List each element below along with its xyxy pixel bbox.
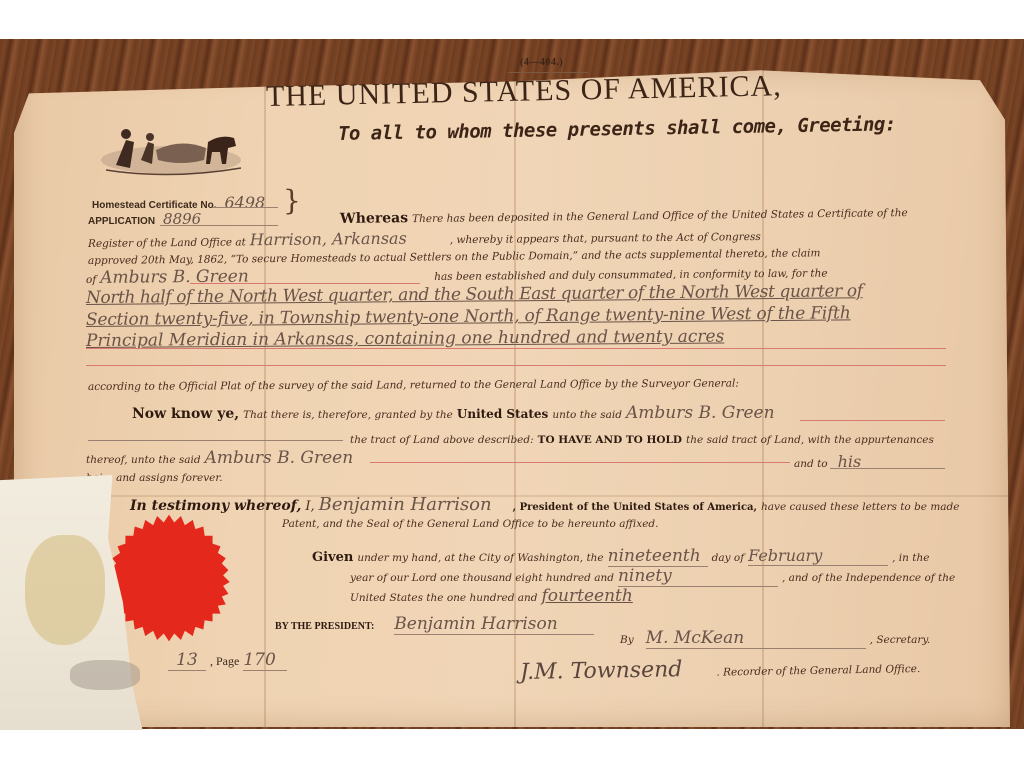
rule — [88, 440, 343, 441]
farm-scene-engraving-icon — [96, 120, 246, 180]
testimony-i: I, — [305, 499, 314, 514]
rule — [830, 468, 945, 469]
image-border-bottom — [0, 729, 1024, 768]
brace-symbol: } — [283, 184, 301, 217]
given-day: nineteenth — [608, 546, 708, 567]
have-hold-text: TO HAVE AND TO HOLD — [538, 434, 682, 446]
by-the-president-line: BY THE PRESIDENT: Benjamin Harrison — [275, 614, 594, 635]
stain — [70, 660, 140, 690]
secretary-line: By M. McKean , Secretary. — [620, 628, 930, 649]
fold-crease — [264, 67, 266, 727]
grantee-name-repeat: Amburs B. Green — [205, 448, 354, 468]
given-lead: Given — [312, 550, 353, 565]
president-title: , President of the United States of Amer… — [513, 502, 757, 513]
given-year-prefix: year of our Lord one thousand eight hund… — [350, 572, 614, 584]
in-the-text: , in the — [892, 552, 929, 564]
by-label: By — [620, 634, 634, 646]
secretary-signature: M. McKean — [646, 628, 866, 649]
land-office-value: Harrison, Arkansas — [250, 228, 446, 249]
patent-seal-line: Patent, and the Seal of the General Land… — [282, 518, 658, 530]
form-number: (4—404.) — [520, 57, 563, 68]
claimant-prefix: of — [86, 274, 96, 286]
application-number-field: APPLICATION 8896 — [88, 210, 201, 229]
now-know-ye-line: Now know ye, That there is, therefore, g… — [132, 403, 775, 423]
have-and-hold-line: the tract of Land above described: TO HA… — [350, 430, 934, 448]
rule — [212, 207, 278, 208]
whereas-lead: Whereas — [340, 210, 408, 227]
record-page: 170 — [243, 650, 287, 671]
page-label: , Page — [210, 654, 239, 668]
red-rule — [370, 462, 790, 463]
red-rule — [86, 365, 946, 366]
and-to-heirs: and to his — [794, 452, 861, 472]
thereof-text: thereof, unto the said — [86, 454, 201, 466]
record-volume: 13 — [168, 650, 206, 671]
independence-year: fourteenth — [542, 586, 633, 606]
red-rule — [800, 420, 945, 421]
claimant-suffix: has been established and duly consummate… — [434, 268, 827, 283]
red-rule — [86, 348, 946, 349]
thereof-line: thereof, unto the said Amburs B. Green — [86, 448, 353, 468]
given-line-3: United States the one hundred and fourte… — [350, 586, 633, 606]
unto-said-text: unto the said — [552, 409, 622, 421]
given-line-1: Given under my hand, at the City of Wash… — [312, 546, 929, 567]
stain — [25, 535, 105, 645]
application-label: APPLICATION — [88, 216, 155, 227]
given-month: February — [748, 546, 888, 566]
land-office-prefix: Register of the Land Office at — [88, 236, 246, 250]
recorder-signature: J.M. Townsend — [520, 657, 683, 685]
president-name: Benjamin Harrison — [319, 494, 509, 515]
grantee-name: Amburs B. Green — [626, 403, 775, 423]
now-know-text: That there is, therefore, granted by the — [243, 409, 453, 421]
given-text: under my hand, at the City of Washington… — [357, 552, 603, 564]
secretary-label: , Secretary. — [870, 634, 931, 646]
and-to-text: and to — [794, 458, 828, 470]
red-rule — [190, 283, 420, 284]
testimony-line: In testimony whereof, I, Benjamin Harris… — [130, 494, 960, 515]
record-volume-page: 13 , Page 170 — [168, 650, 287, 671]
given-year-suffix: , and of the Independence of the — [782, 572, 955, 584]
caused-text: have caused these letters to be made — [761, 501, 959, 513]
day-of-text: day of — [712, 552, 744, 564]
rule — [160, 225, 278, 226]
recorder-label: . Recorder of the General Land Office. — [716, 663, 920, 679]
by-president-label: BY THE PRESIDENT: — [275, 621, 374, 632]
president-signature: Benjamin Harrison — [394, 614, 594, 635]
given-year: ninety — [618, 566, 778, 587]
now-know-lead: Now know ye, — [132, 406, 239, 422]
independence-prefix: United States the one hundred and — [350, 592, 538, 604]
united-states-text: United States — [457, 407, 548, 421]
certificate-number: 6498 — [224, 193, 265, 212]
tract-text: the tract of Land above described: — [350, 434, 534, 446]
given-line-2: year of our Lord one thousand eight hund… — [350, 566, 955, 587]
have-hold-rest: the said tract of Land, with the appurte… — [686, 434, 934, 446]
